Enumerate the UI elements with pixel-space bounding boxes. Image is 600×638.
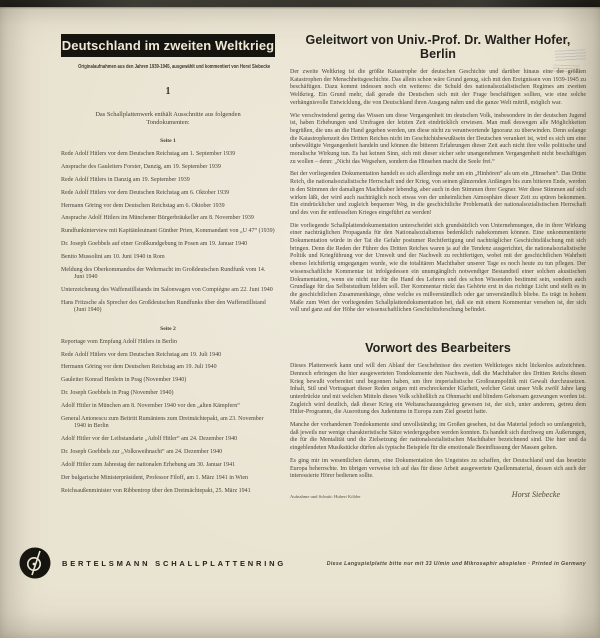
tondokument-entry: Hermann Göring vor dem Deutschen Reichst… xyxy=(61,364,275,371)
brand-label: BERTELSMANN SCHALLPLATTENRING xyxy=(62,559,286,568)
vorwort-body: Dieses Plattenwerk kann und will den Abl… xyxy=(290,363,586,481)
tondokument-entry: Adolf Hitler vor der Leibstandarte „Adol… xyxy=(61,436,275,443)
tondokument-entry: Hermann Göring vor dem Deutschen Reichst… xyxy=(61,203,275,210)
seite-2-entries: Reportage vom Empfang Adolf Hitlers in B… xyxy=(61,339,275,495)
credit-row: Aufnahme und Schnitt: Hubert Köhler Hors… xyxy=(290,490,586,499)
geleitwort-paragraph: Bei der vorliegenden Dokumentation hande… xyxy=(290,171,586,217)
tondokument-entry: Reichsaußenminister von Ribbentrop über … xyxy=(61,488,275,495)
album-back-cover: Deutschland im zweiten Weltkrieg Origina… xyxy=(0,0,600,638)
bertelsmann-logo-icon xyxy=(19,547,51,579)
tondokument-entry: Dr. Joseph Goebbels auf einer Großkundge… xyxy=(61,241,275,248)
tondokument-entry: Meldung des Oberkommandos der Wehrmacht … xyxy=(61,267,275,282)
recording-credit: Aufnahme und Schnitt: Hubert Köhler xyxy=(290,494,361,499)
vorwort-heading: Vorwort des Bearbeiters xyxy=(290,341,586,355)
left-column: Originalaufnahmen aus den Jahren 1939-19… xyxy=(61,61,275,501)
tondokument-entry: Unterzeichnung des Waffenstillstands im … xyxy=(61,287,275,294)
record-number: 1 xyxy=(61,86,275,97)
pressing-note: Diese Langspielplatte bitte nur mit 33 U… xyxy=(327,561,586,567)
tondokument-entry: Der bulgarische Ministerpräsident, Profe… xyxy=(61,475,275,482)
tondokument-entry: Rede Adolf Hitlers vor dem Deutschen Rei… xyxy=(61,190,275,197)
seite-2-heading: Seite 2 xyxy=(61,326,275,332)
album-title: Deutschland im zweiten Weltkrieg xyxy=(62,38,274,53)
tondokument-entry: Ansprache Adolf Hitlers im Münchener Bür… xyxy=(61,215,275,222)
author-signature: Horst Siebecke xyxy=(512,490,560,499)
tondokument-entry: Rede Adolf Hitlers in Danzig am 19. Sept… xyxy=(61,177,275,184)
right-column: Geleitwort von Univ.-Prof. Dr. Walther H… xyxy=(290,33,586,499)
tondokument-entry: Adolf Hitler zum Jahrestag der nationale… xyxy=(61,462,275,469)
tondokument-entry: Rede Adolf Hitlers vor dem Deutschen Rei… xyxy=(61,151,275,158)
tondokument-entry: Reportage vom Empfang Adolf Hitlers in B… xyxy=(61,339,275,346)
title-bar: Deutschland im zweiten Weltkrieg xyxy=(61,34,275,57)
tondokument-entry: Ansprache des Gauleiters Forster, Danzig… xyxy=(61,164,275,171)
tondokument-entry: Rede Adolf Hitlers vor dem Deutschen Rei… xyxy=(61,352,275,359)
geleitwort-paragraph: Die vorliegende Schallplattendokumentati… xyxy=(290,223,586,315)
tondokument-entry: Dr. Joseph Goebbels zur „Volksweihnacht“… xyxy=(61,449,275,456)
tondokument-entry: General Antonescu zum Beitritt Rumäniens… xyxy=(61,416,275,431)
album-subtitle: Originalaufnahmen aus den Jahren 1939-19… xyxy=(78,64,258,70)
geleitwort-paragraph: Der zweite Weltkrieg ist die größte Kata… xyxy=(290,69,586,108)
vorwort-paragraph: Manche der vorhandenen Tondokumente sind… xyxy=(290,422,586,453)
vorwort-paragraph: Es ging mir im wesentlichen darum, eine … xyxy=(290,458,586,481)
tondokumente-intro: Das Schallplattenwerk enthält Ausschnitt… xyxy=(61,111,275,127)
seite-1-entries: Rede Adolf Hitlers vor dem Deutschen Rei… xyxy=(61,151,275,315)
geleitwort-paragraph: Wie verschwindend gering das Wissen um d… xyxy=(290,113,586,167)
tondokument-entry: Dr. Joseph Goebbels in Prag (November 19… xyxy=(61,390,275,397)
tondokument-entry: Rundfunkinterview mit Kapitänleutnant Gü… xyxy=(61,228,275,235)
vorwort-paragraph: Dieses Plattenwerk kann und will den Abl… xyxy=(290,363,586,417)
scan-top-edge xyxy=(0,0,600,7)
tondokument-entry: Benito Mussolini am 10. Juni 1940 in Rom xyxy=(61,254,275,261)
geleitwort-heading: Geleitwort von Univ.-Prof. Dr. Walther H… xyxy=(290,33,586,61)
tondokument-entry: Adolf Hitler in München am 8. November 1… xyxy=(61,403,275,410)
geleitwort-body: Der zweite Weltkrieg ist die größte Kata… xyxy=(290,69,586,315)
tondokument-entry: Hans Fritzsche als Sprecher des Großdeut… xyxy=(61,300,275,315)
seite-1-heading: Seite 1 xyxy=(61,138,275,144)
tondokument-entry: Gauleiter Konrad Henlein in Prag (Novemb… xyxy=(61,377,275,384)
